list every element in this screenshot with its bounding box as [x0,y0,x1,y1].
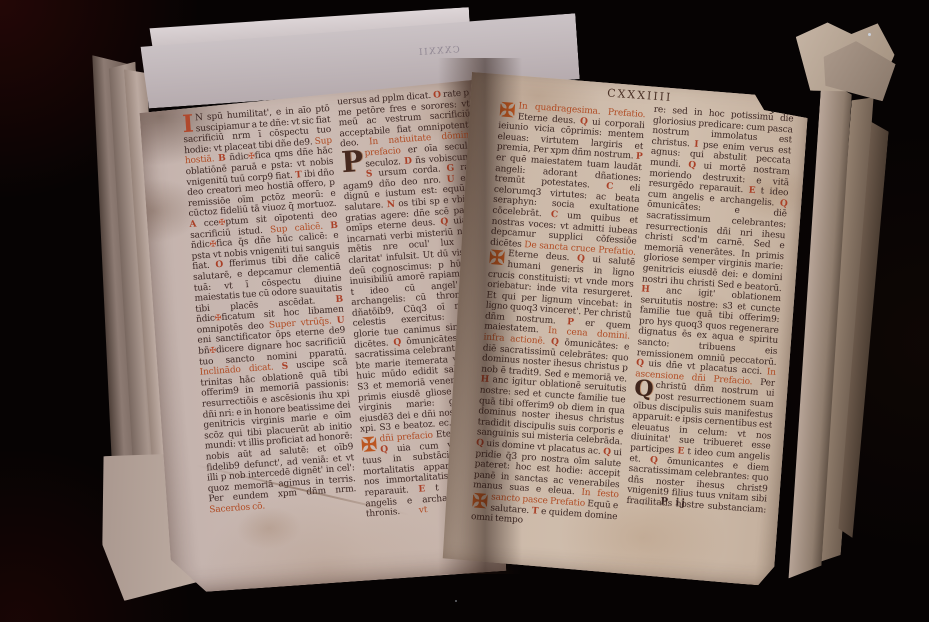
versal-capital: Q [780,199,788,210]
quire-signature-mark: P ij [660,496,687,509]
body-text-run: ōmunicātes: e diē sacratissimum celebran… [642,200,788,294]
versal-capital: P [635,152,642,162]
body-text-run: ñdic [191,240,211,251]
drop-cap-initial: P [341,149,366,176]
gutter-shadow [438,58,522,574]
dust-speck [868,33,871,36]
versal-capital: U [336,315,344,326]
showthrough-folio-number: CXXXII [417,45,460,58]
left-page-column-1: IN spū humilitat', e in aīo ptō suscipia… [182,104,358,519]
maltese-cross-icon: ✠ [361,434,381,454]
body-text-run: ñdic [196,314,216,325]
book-photograph: CXXXII IN spū humilitat', e in aīo ptō s… [0,0,929,622]
versal-capital: B [335,294,343,304]
body-text-run: anc igit' oblationem seruitutis nostre: … [636,285,781,368]
dust-speck [455,600,457,602]
versal-capital: B [330,220,338,230]
right-page-column-2: re: sed in hoc potissimū die gloriosius … [626,105,794,514]
drop-cap-initial: Q [634,380,656,400]
